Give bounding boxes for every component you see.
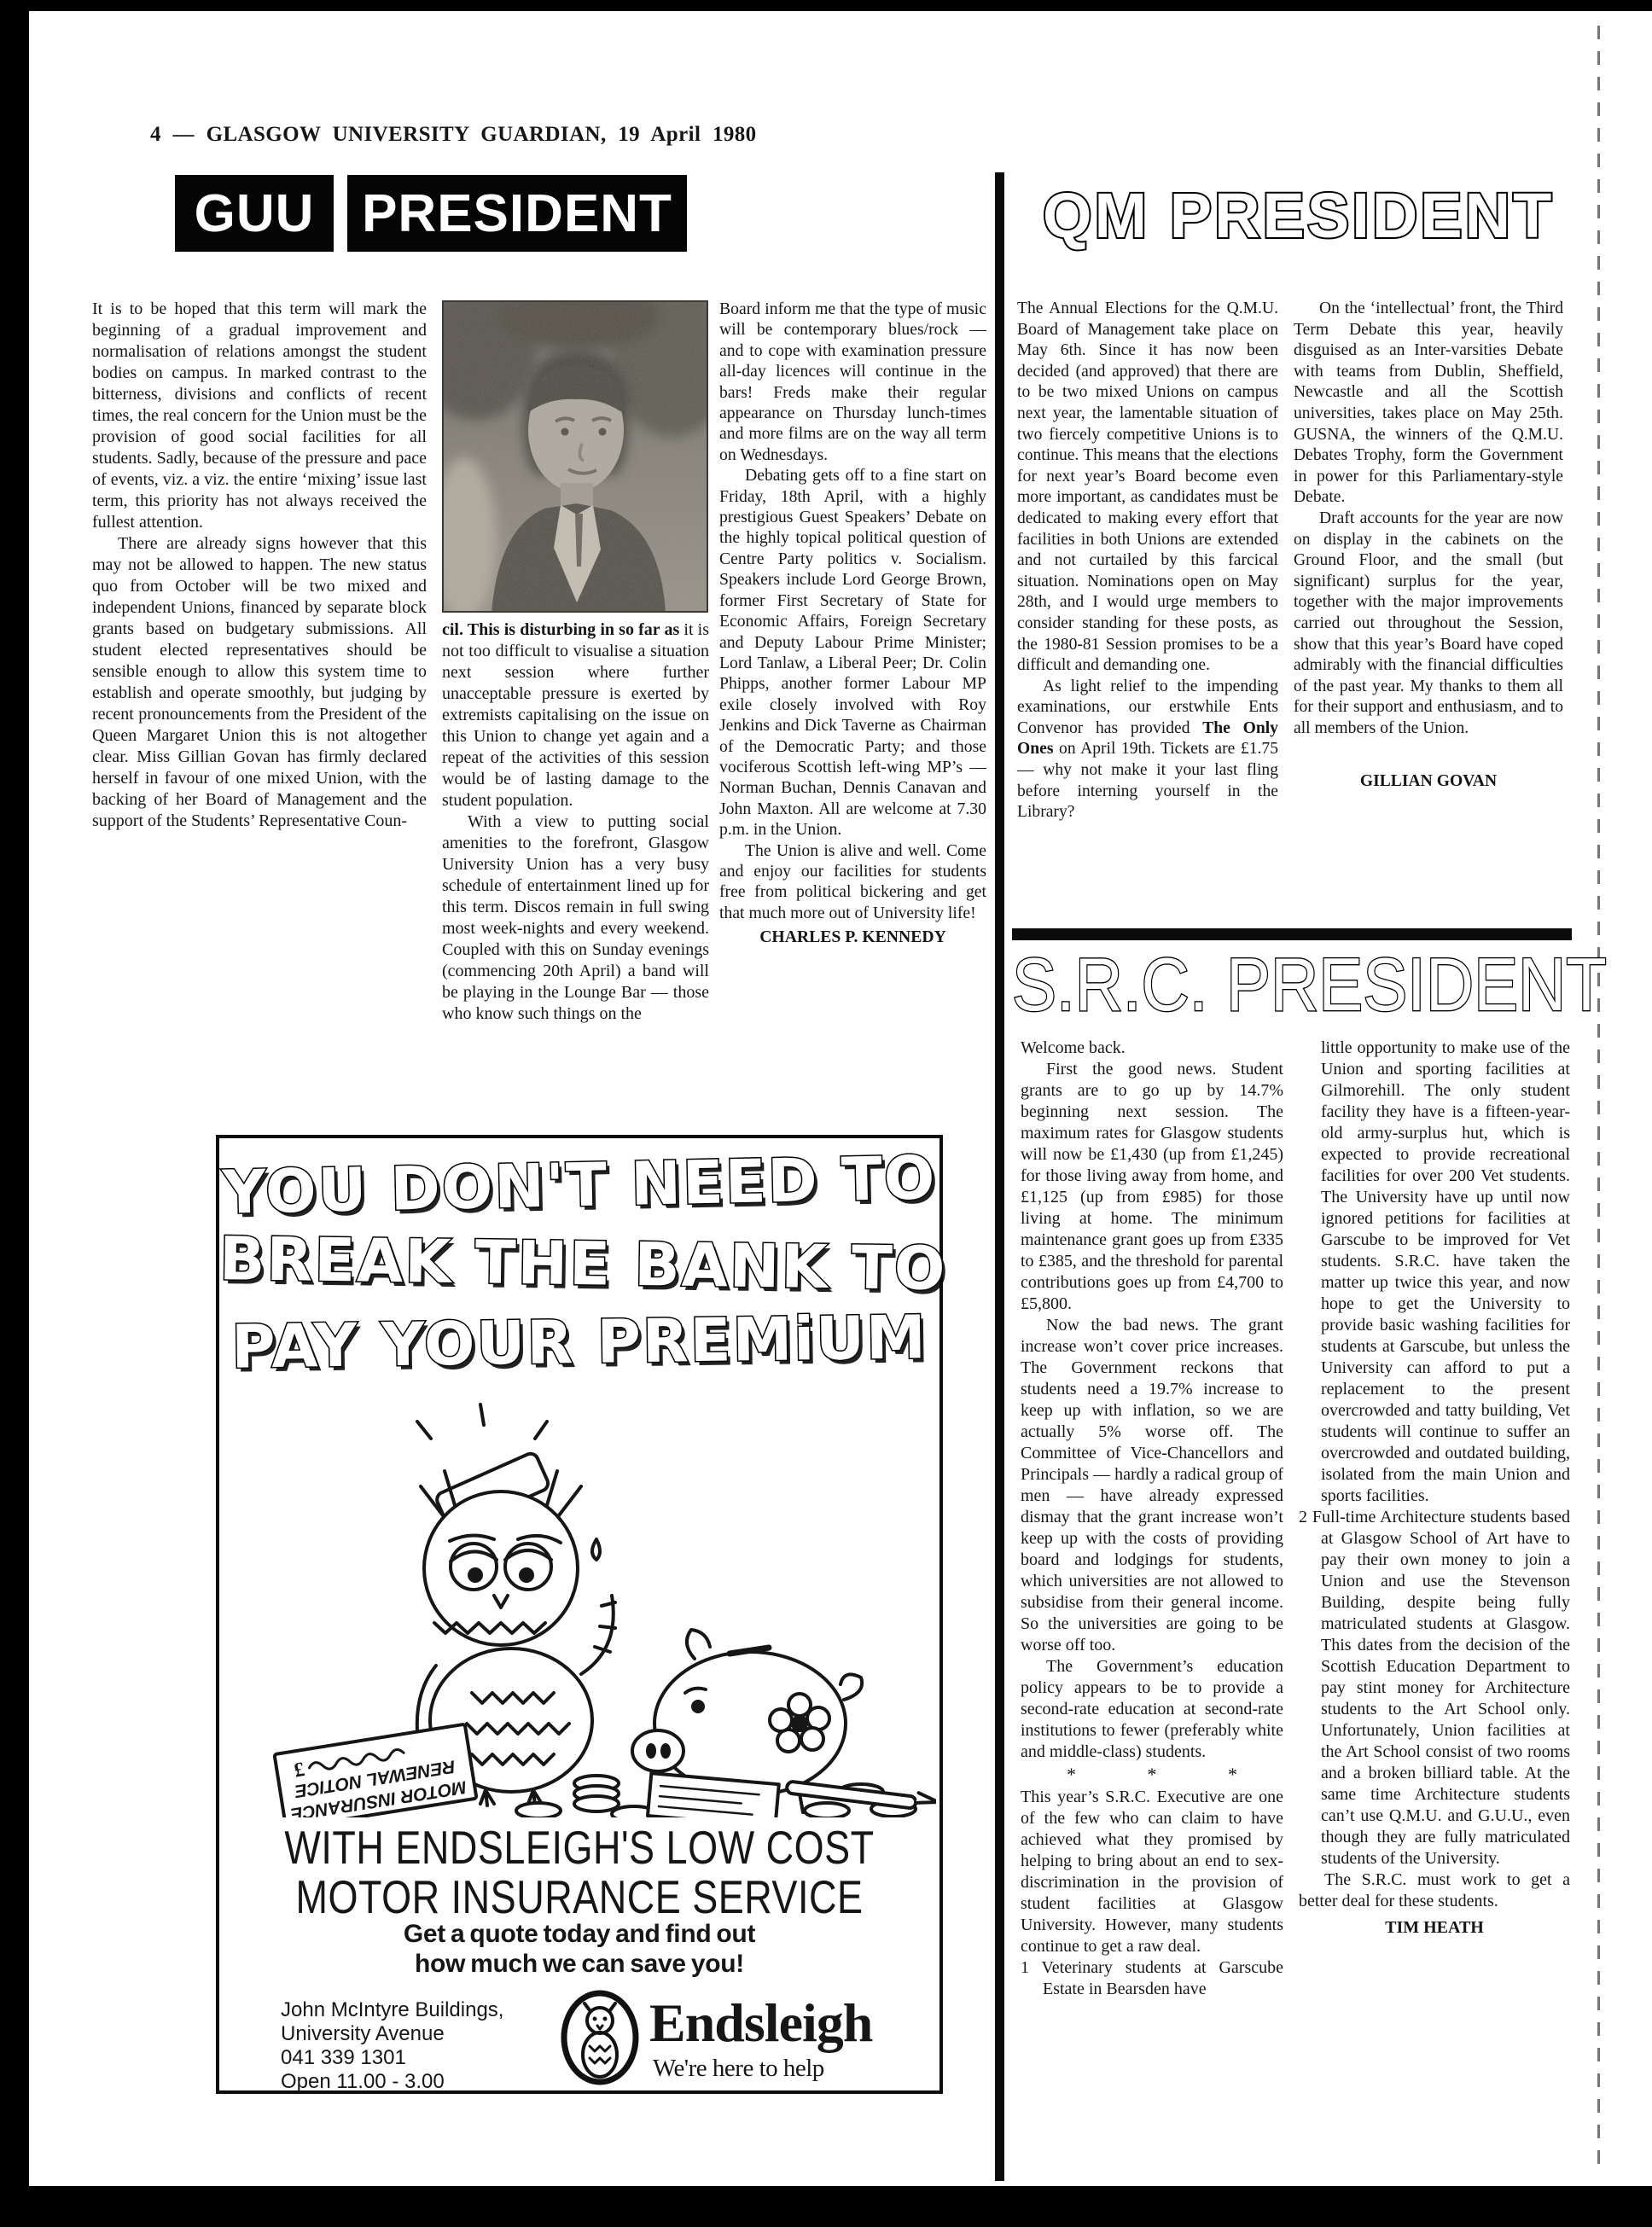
article-paragraph: Now the bad news. The grant increase won…	[1021, 1315, 1283, 1656]
portrait-photo-art	[442, 300, 708, 613]
article-paragraph: Debating gets off to a fine start on Fri…	[719, 465, 986, 840]
article-paragraph: Draft accounts for the year are now on d…	[1294, 509, 1563, 740]
article-paragraph: The Government’s education policy appear…	[1021, 1656, 1283, 1763]
ad-bubble-line-2: BREAK THE BANK TO	[218, 1224, 939, 1304]
scan-edge-artifact	[1597, 26, 1600, 2176]
ad-quote-line-2: how much we can save you!	[219, 1950, 939, 1979]
article-paragraph: The Union is alive and well. Come and en…	[719, 840, 986, 924]
qm-column-2: On the ‘intellectual’ front, the Third T…	[1294, 299, 1563, 793]
guu-headline-word2: PRESIDENT	[362, 183, 672, 244]
ad-quote-line-1: Get a quote today and find out	[219, 1920, 939, 1949]
scan-border-left	[0, 0, 29, 2227]
qm-headline: QM PRESIDENT	[1043, 179, 1555, 252]
newspaper-page: 4 — GLASGOW UNIVERSITY GUARDIAN, 19 Apri…	[0, 0, 1652, 2227]
article-paragraph: With a view to putting social amenities …	[442, 811, 709, 1025]
endsleigh-owl-logo-icon	[559, 1990, 641, 2085]
ad-big-line-1: WITH ENDSLEIGH'S LOW COST	[219, 1821, 939, 1875]
endsleigh-tagline: We're here to help	[653, 2055, 824, 2083]
endsleigh-advert: YOU DON'T NEED TO BREAK THE BANK TO PAY …	[216, 1135, 943, 2094]
src-column-2: little opportunity to make use of the Un…	[1299, 1038, 1570, 1939]
numbered-item-2: 2 Full-time Architecture students based …	[1299, 1507, 1570, 1869]
ad-big-line-2: MOTOR INSURANCE SERVICE	[219, 1870, 939, 1924]
qm-column-1: The Annual Elections for the Q.M.U. Boar…	[1017, 299, 1278, 823]
article-paragraph: This year’s S.R.C. Executive are one of …	[1021, 1787, 1283, 1957]
masthead: 4 — GLASGOW UNIVERSITY GUARDIAN, 19 Apri…	[150, 123, 757, 147]
ad-address-line: University Avenue	[281, 2022, 503, 2046]
endsleigh-brand: Endsleigh	[649, 1992, 872, 2055]
numbered-item-1: 1 Veterinary students at Garscube Estate…	[1021, 1957, 1283, 2000]
article-paragraph: Welcome back.	[1021, 1038, 1283, 1059]
byline-gillian-govan: GILLIAN GOVAN	[1294, 771, 1563, 793]
article-paragraph: It is to be hoped that this term will ma…	[92, 299, 427, 533]
guu-column-3: Board inform me that the type of music w…	[719, 299, 986, 948]
ad-bubble-line-3: PAY YOUR PREMiUM	[218, 1302, 939, 1382]
ad-hours: Open 11.00 - 3.00	[281, 2070, 503, 2094]
src-section-rule	[1012, 928, 1572, 940]
article-paragraph: First the good news. Student grants are …	[1021, 1059, 1283, 1315]
bold-lead: cil. This is disturbing in so far as	[442, 620, 679, 639]
paragraph-text: on April 19th. Tickets are £1.75 — why n…	[1017, 740, 1278, 821]
ad-phone: 041 339 1301	[281, 2046, 503, 2070]
ad-address-block: John McIntyre Buildings, University Aven…	[281, 1998, 503, 2094]
ad-cartoon-owl-piggy-bank: £ MOTOR INSURANCE RENEWAL NOTICE	[230, 1391, 936, 1817]
ad-address-line: John McIntyre Buildings,	[281, 1998, 503, 2022]
byline-tim-heath: TIM HEATH	[1299, 1917, 1570, 1939]
article-paragraph: The S.R.C. must work to get a better dea…	[1299, 1869, 1570, 1912]
numbered-item-1-continued: little opportunity to make use of the Un…	[1299, 1038, 1570, 1507]
scan-border-bottom	[0, 2186, 1652, 2227]
article-paragraph: As light relief to the impending examina…	[1017, 677, 1278, 823]
src-column-1: Welcome back. First the good news. Stude…	[1021, 1038, 1283, 2000]
guu-headline-block-2: PRESIDENT	[347, 175, 687, 252]
guu-column-2: cil. This is disturbing in so far as it …	[442, 619, 709, 1025]
portrait-photo	[442, 300, 708, 613]
article-paragraph: On the ‘intellectual’ front, the Third T…	[1294, 299, 1563, 509]
guu-headline-word1: GUU	[195, 183, 315, 244]
column-divider-rule	[995, 172, 1004, 2181]
guu-headline-block-1: GUU	[175, 175, 334, 252]
article-paragraph: There are already signs however that thi…	[92, 533, 427, 832]
src-headline: S.R.C. PRESIDENT	[1012, 942, 1607, 1029]
ad-bubble-line-1: YOU DON'T NEED TO	[218, 1143, 940, 1228]
renewal-notice-paper: £ MOTOR INSURANCE RENEWAL NOTICE	[274, 1724, 476, 1817]
article-paragraph: cil. This is disturbing in so far as it …	[442, 619, 709, 811]
section-separator-stars: * * *	[1021, 1763, 1283, 1787]
guu-column-1: It is to be hoped that this term will ma…	[92, 299, 427, 832]
article-paragraph: Board inform me that the type of music w…	[719, 299, 986, 465]
article-paragraph: The Annual Elections for the Q.M.U. Boar…	[1017, 299, 1278, 677]
paragraph-text: it is not too difficult to visualise a s…	[442, 620, 709, 810]
scan-border-top	[0, 0, 1652, 11]
byline-charles-kennedy: CHARLES P. KENNEDY	[719, 927, 986, 947]
